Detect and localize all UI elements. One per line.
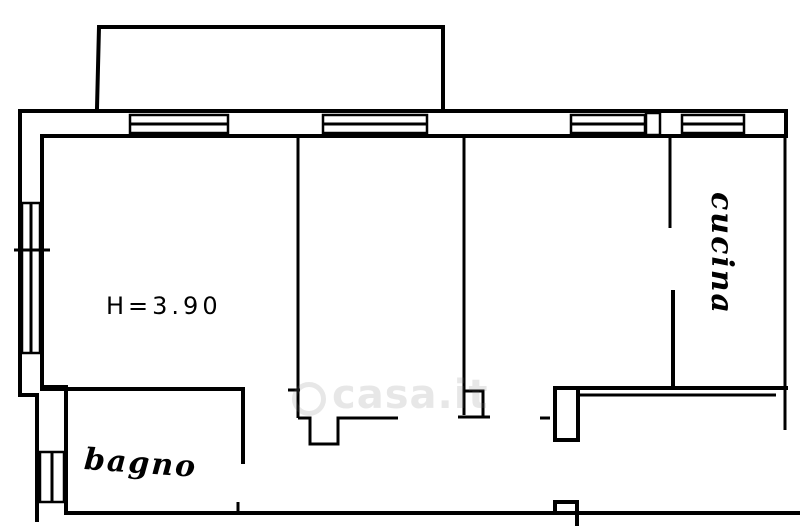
room-label-cucina: cucina	[704, 192, 739, 315]
cucina-bottom-wall	[540, 388, 786, 440]
window-top-3	[571, 113, 660, 135]
window-top-1	[130, 115, 228, 133]
exterior-wall-left	[20, 111, 66, 520]
window-top-4	[682, 115, 744, 133]
balcony	[97, 27, 443, 110]
watermark-logo-icon	[292, 382, 326, 416]
window-top-2	[323, 115, 427, 133]
window-bagno	[40, 452, 64, 502]
ceiling-height-label: H=3.90	[106, 292, 222, 320]
watermark: casa.it	[332, 372, 489, 418]
